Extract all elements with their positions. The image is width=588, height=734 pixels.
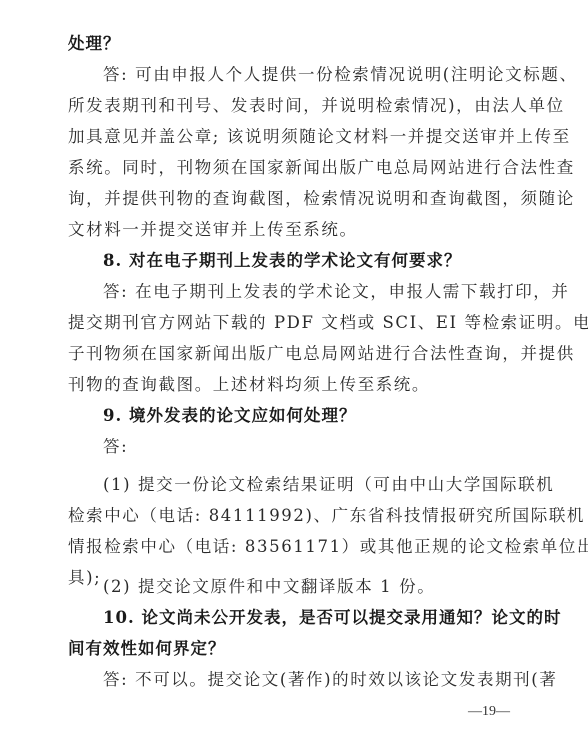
answer-paragraph-line: 系统。同时，刊物须在国家新闻出版广电总局网站进行合法性查 <box>68 158 518 178</box>
page-number: —19— <box>468 704 510 720</box>
answer-8-line: 子刊物须在国家新闻出版广电总局网站进行合法性查询，并提供 <box>68 344 518 364</box>
answer-10-line: 答: 不可以。提交论文(著作)的时效以该论文发表期刊(著 <box>103 670 518 690</box>
answer-9-item-1-line: 检索中心（电话: 84111992)、广东省科技情报研究所国际联机 <box>68 506 518 526</box>
answer-9-item-1-line: (1) 提交一份论文检索结果证明（可由中山大学国际联机 <box>103 475 518 495</box>
answer-paragraph-line: 加具意见并盖公章; 该说明须随论文材料一并提交送审并上传至 <box>68 127 518 147</box>
answer-8-line: 刊物的查询截图。上述材料均须上传至系统。 <box>68 375 518 395</box>
answer-paragraph-line: 答: 可由申报人个人提供一份检索情况说明(注明论文标题、 <box>103 65 518 85</box>
document-page: 处理？ 答: 可由申报人个人提供一份检索情况说明(注明论文标题、 所发表期刊和刊… <box>0 0 588 734</box>
answer-paragraph-line: 文材料一并提交送审并上传至系统。 <box>68 220 518 240</box>
question-10-heading: 10. 论文尚未公开发表，是否可以提交录用通知？论文的时 <box>103 608 518 628</box>
continued-question-heading: 处理？ <box>68 34 518 54</box>
answer-9-item-2: (2) 提交论文原件和中文翻译版本 1 份。 <box>103 577 518 597</box>
question-10-heading-cont: 间有效性如何界定？ <box>68 639 518 659</box>
answer-paragraph-line: 所发表期刊和刊号、发表时间，并说明检索情况)，由法人单位 <box>68 96 518 116</box>
answer-8-line: 答: 在电子期刊上发表的学术论文，申报人需下载打印，并 <box>103 282 518 302</box>
question-9-heading: 9. 境外发表的论文应如何处理？ <box>103 406 518 426</box>
answer-8-line: 提交期刊官方网站下载的 PDF 文档或 SCI、EI 等检索证明。电 <box>68 313 518 333</box>
answer-paragraph-line: 询，并提供刊物的查询截图，检索情况说明和查询截图，须随论 <box>68 189 518 209</box>
question-8-heading: 8. 对在电子期刊上发表的学术论文有何要求？ <box>103 251 518 271</box>
answer-9-item-1-line: 情报检索中心（电话: 83561171）或其他正规的论文检索单位出 <box>68 537 518 557</box>
answer-9-label: 答: <box>103 437 518 457</box>
